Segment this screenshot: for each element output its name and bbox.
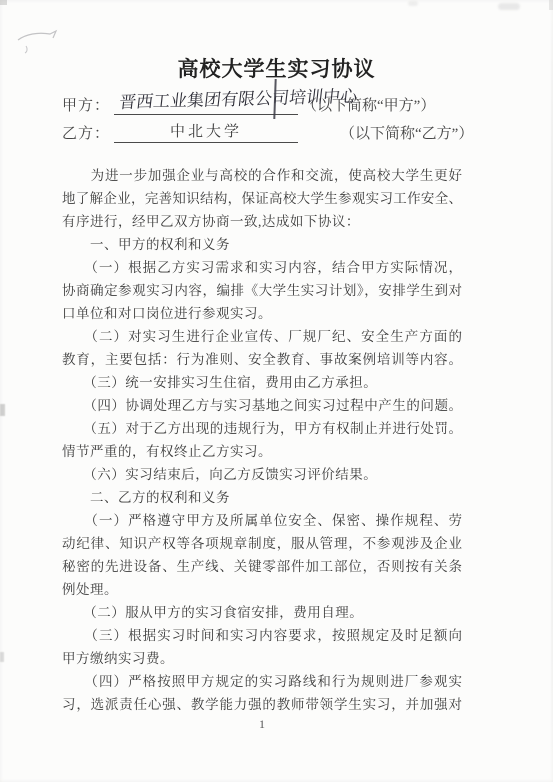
body-line: （二）对实习生进行企业宣传、厂规厂纪、安全生产方面的 (62, 325, 462, 348)
body-line: 协商确定参观实习内容，编排《大学生实习计划》，安排学生到对 (62, 279, 462, 302)
scan-smudge (408, 1, 418, 6)
scanned-document-page: 高校大学生实习协议 甲方： 晋西工业集团有限公司培训中心 （以下简称“甲方”） … (0, 0, 553, 782)
body-line: 习，选派责任心强、教学能力强的教师带领学生实习，并加强对 (62, 693, 462, 716)
body-line: 例处理。 (62, 578, 462, 601)
document-title: 高校大学生实习协议 (0, 53, 553, 83)
body-line: 教育，主要包括：行为准则、安全教育、事故案例培训等内容。 (62, 348, 462, 371)
body-line: （三）统一安排实习生住宿，费用由乙方承担。 (62, 371, 462, 394)
body-line: 为进一步加强企业与高校的合作和交流，使高校大学生更好 (62, 164, 462, 187)
body-line: （四）协调处理乙方与实习基地之间实习过程中产生的问题。 (62, 394, 462, 417)
party-b-value: 中北大学 (114, 120, 298, 141)
body-line: 甲方缴纳实习费。 (62, 647, 462, 670)
party-b-row: 乙方： 中北大学 （以下简称“乙方”） (62, 121, 522, 143)
document-body: 为进一步加强企业与高校的合作和交流，使高校大学生更好 地了解企业，完善知识结构，… (62, 164, 462, 716)
party-a-fill-line: 晋西工业集团有限公司培训中心 (114, 93, 298, 115)
body-line: 动纪律、知识产权等各项规章制度，服从管理，不参观涉及企业 (62, 532, 462, 555)
party-a-label: 甲方： (62, 94, 110, 115)
body-line: 秘密的先进设备、生产线、关键零部件加工部位，否则按有关条 (62, 555, 462, 578)
body-line: 地了解企业，完善知识结构，保证高校大学生参观实习工作安全、 (62, 187, 462, 210)
party-b-fill-line: 中北大学 (114, 121, 298, 143)
body-line: （六）实习结束后，向乙方反馈实习评价结果。 (62, 463, 462, 486)
body-line: （二）服从甲方的实习食宿安排，费用自理。 (62, 601, 462, 624)
pencil-scribble (12, 22, 68, 56)
party-a-row: 甲方： 晋西工业集团有限公司培训中心 （以下简称“甲方”） (62, 93, 522, 115)
party-b-label: 乙方： (62, 122, 110, 143)
body-line: （一）根据乙方实习需求和实习内容，结合甲方实际情况， (62, 256, 462, 279)
section-heading: 二、乙方的权利和义务 (62, 486, 462, 509)
page-number: 1 (0, 717, 524, 732)
body-line: （三）根据实习时间和实习内容要求，按照规定及时足额向 (62, 624, 462, 647)
body-line: 口单位和对口岗位进行参观实习。 (62, 302, 462, 325)
scan-corner-artifact (0, 0, 7, 5)
body-line: 有序进行，经甲乙双方协商一致,达成如下协议： (62, 210, 462, 233)
body-line: （五）对于乙方出现的违规行为，甲方有权制止并进行处罚。 (62, 417, 462, 440)
scan-edge-mark (0, 404, 5, 416)
body-line: 情节严重的，有权终止乙方实习。 (62, 440, 462, 463)
scan-smudge (498, 3, 520, 10)
body-line: （四）严格按照甲方规定的实习路线和行为规则进厂参观实 (62, 670, 462, 693)
party-b-suffix: （以下简称“乙方”） (340, 122, 473, 143)
section-heading: 一、甲方的权利和义务 (62, 233, 462, 256)
scan-edge-mark (0, 652, 4, 662)
body-line: （一）严格遵守甲方及所属单位安全、保密、操作规程、劳 (62, 509, 462, 532)
